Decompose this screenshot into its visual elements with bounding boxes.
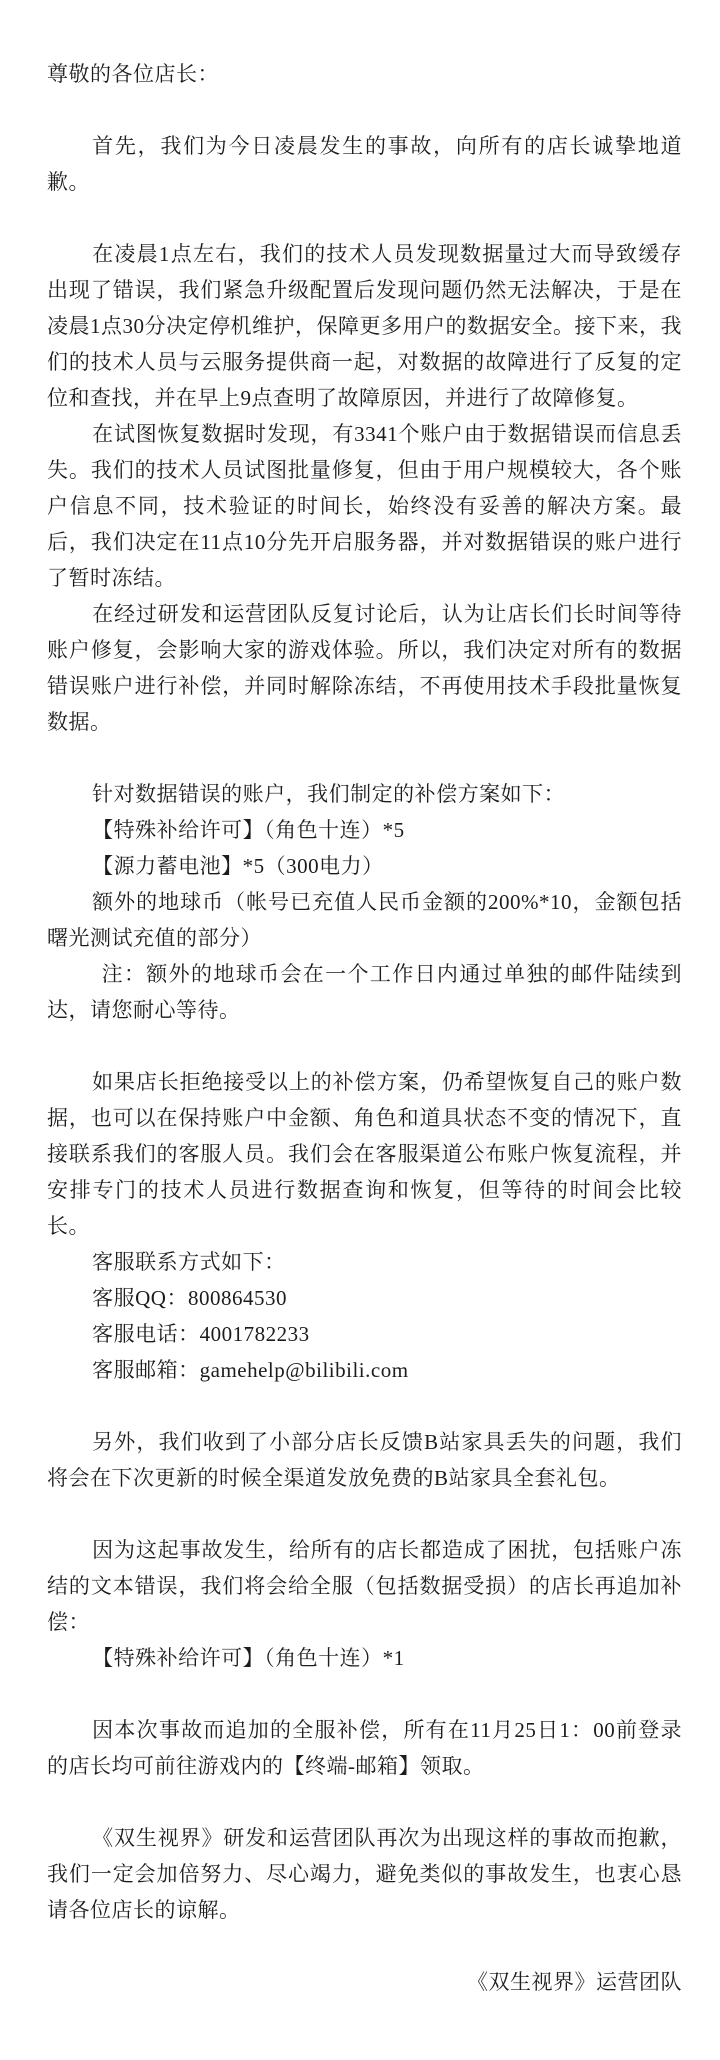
paragraph-gap [47, 1496, 682, 1532]
paragraph: 客服邮箱：gamehelp@bilibili.com [47, 1352, 682, 1388]
paragraph-gap [47, 1388, 682, 1424]
paragraph: 【特殊补给许可】（角色十连）*5 [47, 812, 682, 848]
paragraph: 首先，我们为今日凌晨发生的事故，向所有的店长诚挚地道歉。 [47, 128, 682, 200]
paragraph-gap [47, 740, 682, 776]
note-line: 注：额外的地球币会在一个工作日内通过单独的邮件陆续到达，请您耐心等待。 [47, 956, 682, 1028]
paragraph-gap [47, 1676, 682, 1712]
letter-body: 尊敬的各位店长：首先，我们为今日凌晨发生的事故，向所有的店长诚挚地道歉。在凌晨1… [47, 56, 682, 2000]
announcement-letter-page: 尊敬的各位店长：首先，我们为今日凌晨发生的事故，向所有的店长诚挚地道歉。在凌晨1… [0, 0, 720, 2060]
paragraph: 额外的地球币（帐号已充值人民币金额的200%*10，金额包括曙光测试充值的部分） [47, 884, 682, 956]
signature: 《双生视界》运营团队 [47, 1964, 682, 2000]
paragraph: 客服联系方式如下： [47, 1244, 682, 1280]
paragraph: 在试图恢复数据时发现，有3341个账户由于数据错误而信息丢失。我们的技术人员试图… [47, 416, 682, 596]
paragraph: 客服电话：4001782233 [47, 1316, 682, 1352]
paragraph: 因为这起事故发生，给所有的店长都造成了困扰，包括账户冻结的文本错误，我们将会给全… [47, 1532, 682, 1640]
paragraph-gap [47, 1028, 682, 1064]
paragraph-gap [47, 1784, 682, 1820]
paragraph-gap [47, 200, 682, 236]
paragraph-gap [47, 1928, 682, 1964]
paragraph: 针对数据错误的账户，我们制定的补偿方案如下： [47, 776, 682, 812]
paragraph: 【源力蓄电池】*5（300电力） [47, 848, 682, 884]
salutation: 尊敬的各位店长： [47, 56, 682, 92]
paragraph: 《双生视界》研发和运营团队再次为出现这样的事故而抱歉，我们一定会加倍努力、尽心竭… [47, 1820, 682, 1928]
paragraph: 另外，我们收到了小部分店长反馈B站家具丢失的问题，我们将会在下次更新的时候全渠道… [47, 1424, 682, 1496]
paragraph: 客服QQ：800864530 [47, 1280, 682, 1316]
paragraph: 在经过研发和运营团队反复讨论后，认为让店长们长时间等待账户修复，会影响大家的游戏… [47, 596, 682, 740]
paragraph-gap [47, 92, 682, 128]
paragraph: 【特殊补给许可】（角色十连）*1 [47, 1640, 682, 1676]
paragraph: 因本次事故而追加的全服补偿，所有在11月25日1：00前登录的店长均可前往游戏内… [47, 1712, 682, 1784]
paragraph: 在凌晨1点左右，我们的技术人员发现数据量过大而导致缓存出现了错误，我们紧急升级配… [47, 236, 682, 416]
paragraph: 如果店长拒绝接受以上的补偿方案，仍希望恢复自己的账户数据，也可以在保持账户中金额… [47, 1064, 682, 1244]
